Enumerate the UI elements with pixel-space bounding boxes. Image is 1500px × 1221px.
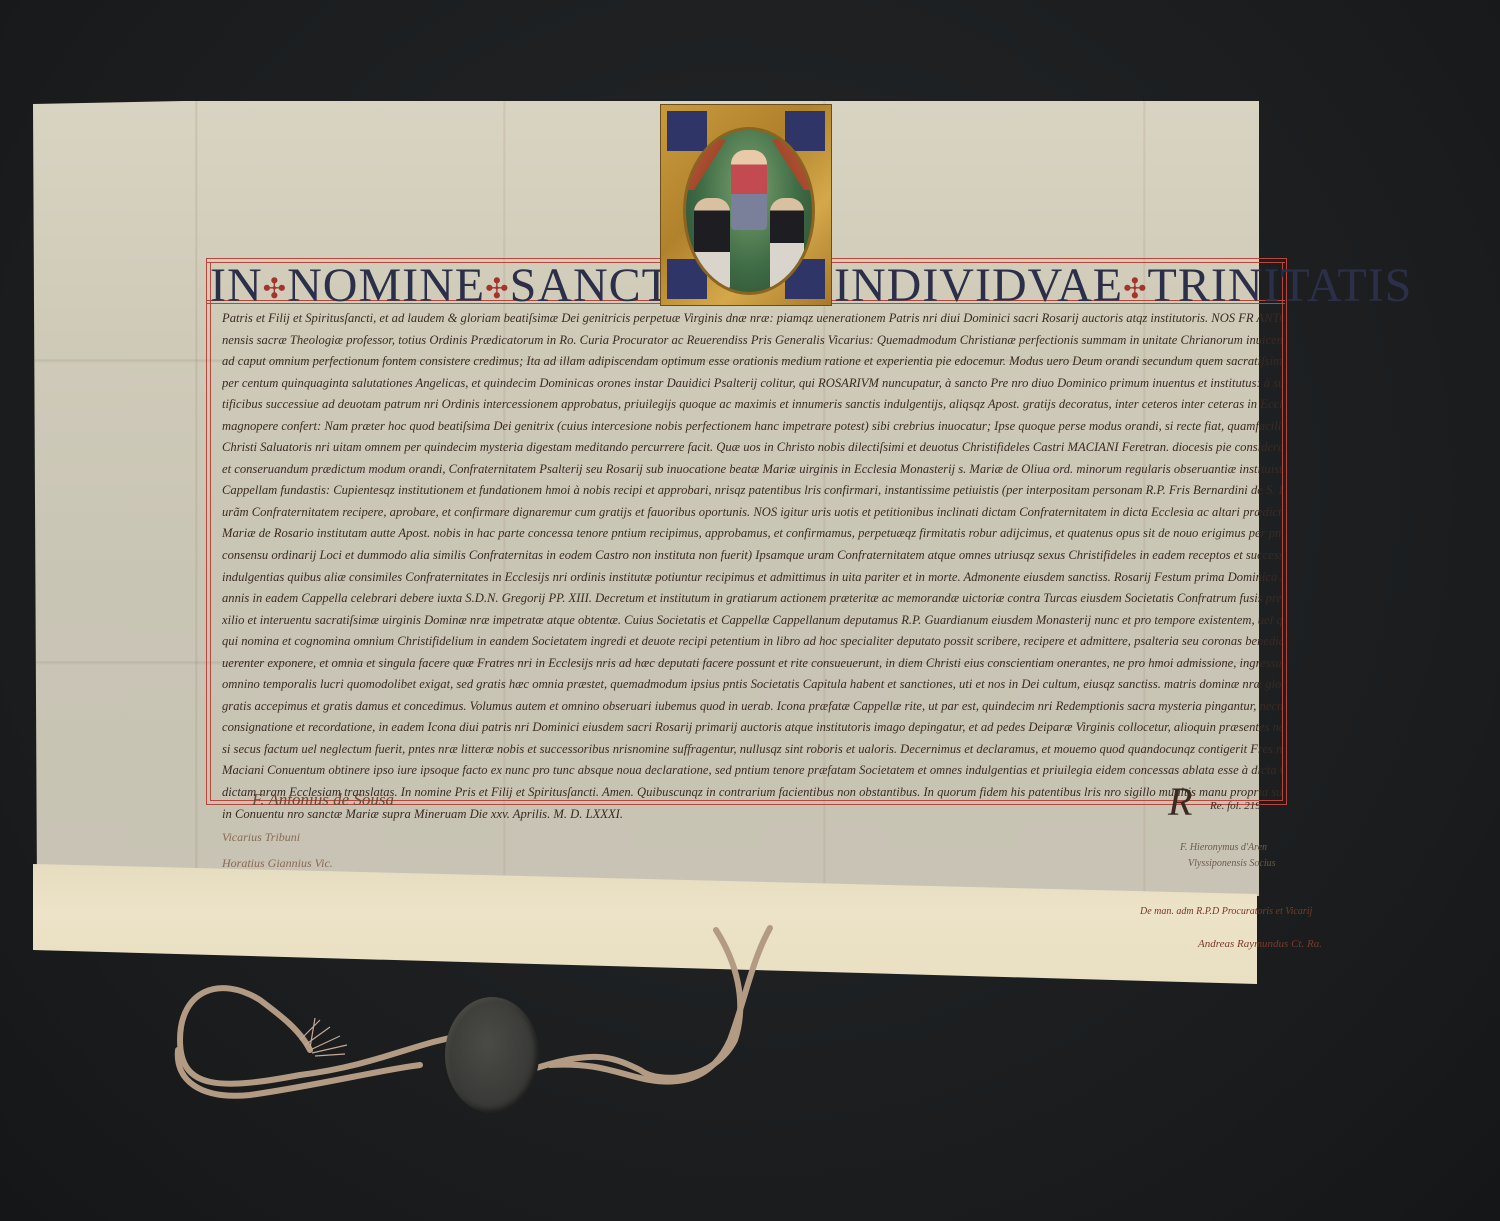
- seal-cord-icon: [0, 0, 1500, 1221]
- lead-seal: [445, 997, 539, 1113]
